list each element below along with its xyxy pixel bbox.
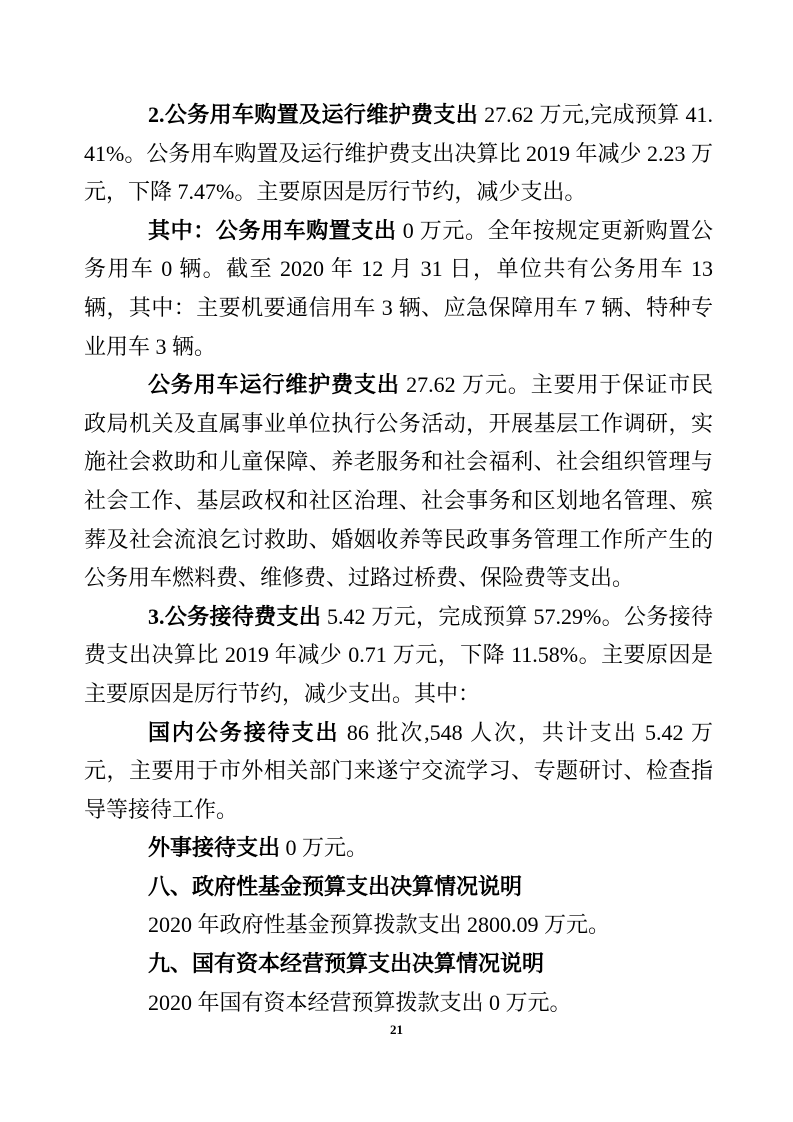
paragraph-reception-total: 3.公务接待费支出 5.42 万元，完成预算 57.29%。公务接待费支出决算比… xyxy=(84,598,713,714)
document-body: 2.公务用车购置及运行维护费支出 27.62 万元,完成预算 41.41%。公务… xyxy=(84,96,713,1022)
paragraph-text: 27.62 万元。主要用于保证市民政局机关及直属事业单位执行公务活动，开展基层工… xyxy=(84,372,713,590)
paragraph-state-capital-amount: 2020 年国有资本经营预算拨款支出 0 万元。 xyxy=(84,984,713,1023)
paragraph-lead-bold: 2.公务用车购置及运行维护费支出 xyxy=(148,102,478,127)
paragraph-domestic-reception: 国内公务接待支出 86 批次,548 人次，共计支出 5.42 万元，主要用于市… xyxy=(84,714,713,830)
paragraph-vehicle-total: 2.公务用车购置及运行维护费支出 27.62 万元,完成预算 41.41%。公务… xyxy=(84,96,713,212)
paragraph-foreign-reception: 外事接待支出 0 万元。 xyxy=(84,829,713,868)
paragraph-lead-bold: 3.公务接待费支出 xyxy=(148,604,321,629)
heading-state-capital-budget: 九、国有资本经营预算支出决算情况说明 xyxy=(84,945,713,984)
paragraph-vehicle-purchase: 其中：公务用车购置支出 0 万元。全年按规定更新购置公务用车 0 辆。截至 20… xyxy=(84,212,713,366)
paragraph-text: 0 万元。 xyxy=(280,835,368,860)
paragraph-lead-bold: 其中：公务用车购置支出 xyxy=(148,218,397,243)
paragraph-vehicle-maintenance: 公务用车运行维护费支出 27.62 万元。主要用于保证市民政局机关及直属事业单位… xyxy=(84,366,713,598)
heading-gov-fund-budget: 八、政府性基金预算支出决算情况说明 xyxy=(84,868,713,907)
paragraph-lead-bold: 外事接待支出 xyxy=(148,835,280,860)
paragraph-gov-fund-amount: 2020 年政府性基金预算拨款支出 2800.09 万元。 xyxy=(84,906,713,945)
paragraph-lead-bold: 公务用车运行维护费支出 xyxy=(148,372,400,397)
document-page: 2.公务用车购置及运行维护费支出 27.62 万元,完成预算 41.41%。公务… xyxy=(0,0,793,1122)
paragraph-text: 2020 年政府性基金预算拨款支出 2800.09 万元。 xyxy=(148,912,610,937)
page-number: 21 xyxy=(0,1022,793,1038)
paragraph-text: 2020 年国有资本经营预算拨款支出 0 万元。 xyxy=(148,990,572,1015)
paragraph-lead-bold: 国内公务接待支出 xyxy=(148,720,339,745)
